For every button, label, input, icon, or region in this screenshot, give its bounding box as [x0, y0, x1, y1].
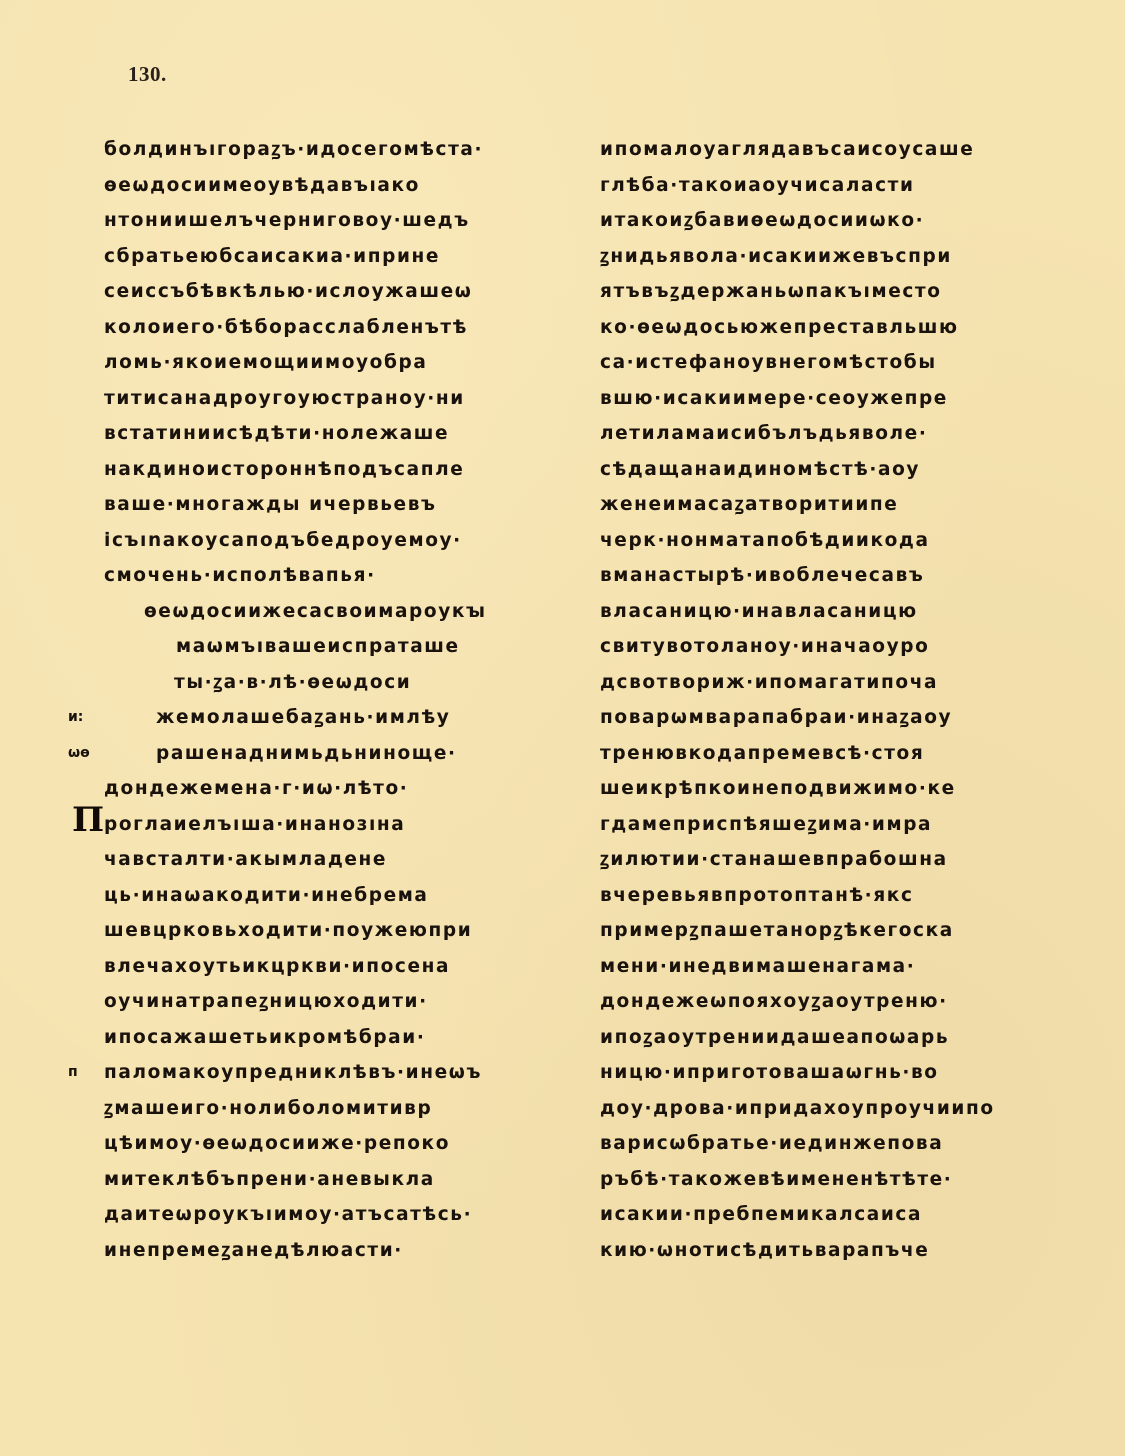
line-text: са·истефаноувнегомѣстобы [600, 352, 937, 373]
manuscript-line: кию·ѡнотисѣдитьварапъче [600, 1233, 1080, 1269]
initial-capital: П [72, 803, 106, 839]
manuscript-line: маѡмъıвашеиспраташе [104, 629, 574, 665]
manuscript-line: ятъвъꙁдержаньѡпакъıместо [600, 274, 1080, 310]
line-text: черк·нонматапобѣдиикода [600, 530, 930, 551]
line-text: сбратьеюбсаисакиа·иприне [104, 246, 440, 267]
line-text: накдиноистороннѣподъсапле [104, 459, 464, 480]
line-text: роглаиелъıша·инанозıна [104, 814, 405, 835]
manuscript-line: ꙁмашеиго·нолиболомитивр [104, 1091, 574, 1127]
manuscript-line: исакии·пребпемикалсаиса [600, 1197, 1080, 1233]
right-column: ипомалоуаглядавъсаисоусашеглѣба·такоиаоу… [600, 132, 1080, 1268]
line-text: ятъвъꙁдержаньѡпакъıместо [600, 281, 942, 302]
line-text: шевцрковьходити·поужеюпри [104, 920, 472, 941]
manuscript-line: ꙁнидьявола·исакиижевъспри [600, 239, 1080, 275]
manuscript-line: поварѡмварапабраи·инаꙁаоу [600, 700, 1080, 736]
manuscript-line: ѳеѡдосиижесасвоимароукꙑ [104, 594, 574, 630]
line-text: инепремеꙁанедѣлюасти· [104, 1240, 403, 1261]
manuscript-line: смочень·исполѣвапья· [104, 558, 574, 594]
line-text: вманастырѣ·ивоблечесавъ [600, 565, 924, 586]
line-text: дондежеѡпояхоуꙁаоутреню· [600, 991, 948, 1012]
manuscript-line: мени·инедвимашенагама· [600, 949, 1080, 985]
manuscript-line: ипосажашетьикромѣбраи· [104, 1020, 574, 1056]
line-text: смочень·исполѣвапья· [104, 565, 376, 586]
line-text: нтониишелъчерниговоу·шедъ [104, 210, 470, 231]
line-text: летиламаисибълъдьяволе· [600, 423, 927, 444]
line-text: рашенаднимьдьниноще· [156, 743, 457, 764]
line-text: даитеѡроукъıимоу·атъсатѣсь· [104, 1204, 472, 1225]
page-number: 130. [128, 62, 167, 87]
manuscript-line: митеклѣбъпрени·аневыкла [104, 1162, 574, 1198]
line-text: цѣимоу·ѳеѡдосииже·репоко [104, 1133, 450, 1154]
line-text: глѣба·такоиаоучисаласти [600, 175, 915, 196]
manuscript-line: сбратьеюбсаисакиа·иприне [104, 239, 574, 275]
manuscript-line: ты·ꙁа·в·лѣ·ѳеѡдоси [104, 665, 574, 701]
line-text: дсвотвориж·ипомагатипоча [600, 672, 938, 693]
line-text: ꙁилютии·станашевпрабошна [600, 849, 948, 870]
line-text: доу·дрова·ипридахоупроучиипо [600, 1098, 995, 1119]
line-text: мени·инедвимашенагама· [600, 956, 915, 977]
manuscript-line: итакоиꙁбавиѳеѡдосииѡко· [600, 203, 1080, 239]
line-text: ницю·иприготовашаѡгнь·во [600, 1062, 939, 1083]
line-text: ѳеѡдосиижесасвоимароукꙑ [144, 601, 487, 622]
manuscript-line: колоиего·бѣборасслабленътѣ [104, 310, 574, 346]
manuscript-line: сеиссъбѣвкѣлью·ислоужашеѡ [104, 274, 574, 310]
manuscript-line: летиламаисибълъдьяволе· [600, 416, 1080, 452]
manuscript-line: накдиноистороннѣподъсапле [104, 452, 574, 488]
line-text: вчеревьявпротоптанѣ·якс [600, 885, 914, 906]
manuscript-line: ѡѳрашенаднимьдьниноще· [104, 736, 574, 772]
line-text: ръбѣ·такожевѣимененѣтѣте· [600, 1169, 952, 1190]
line-text: дондежемена·г·иѡ·лѣто· [104, 778, 408, 799]
line-text: итакоиꙁбавиѳеѡдосииѡко· [600, 210, 924, 231]
manuscript-line: шевцрковьходити·поужеюпри [104, 913, 574, 949]
line-text: болдинъıгораꙁъ·идосегомѣста· [104, 139, 483, 160]
manuscript-line: вшю·исакиимере·сеоужепре [600, 381, 1080, 417]
manuscript-line: вчеревьявпротоптанѣ·якс [600, 878, 1080, 914]
line-text: ко·ѳеѡдосьюжепреставльшю [600, 317, 959, 338]
line-text: влечахоутьикцркви·ипосена [104, 956, 450, 977]
manuscript-line: свитувотоланоу·иначаоуро [600, 629, 1080, 665]
line-text: ломь·якоиемощиимоуобра [104, 352, 427, 373]
line-text: оучинатрапеꙁницюходити· [104, 991, 428, 1012]
manuscript-line: женеимасаꙁатворитиипе [600, 487, 1080, 523]
manuscript-line: вманастырѣ·ивоблечесавъ [600, 558, 1080, 594]
left-column: болдинъıгораꙁъ·идосегомѣста·ѳеѡдосиимеоу… [104, 132, 574, 1268]
margin-note: п [68, 1055, 78, 1091]
line-text: митеклѣбъпрени·аневыкла [104, 1169, 435, 1190]
manuscript-line: встатиниисѣдѣти·нолежаше [104, 416, 574, 452]
manuscript-line: дондежеѡпояхоуꙁаоутреню· [600, 984, 1080, 1020]
line-text: ипомалоуаглядавъсаисоусаше [600, 139, 974, 160]
line-text: шеикрѣпкоинеподвижимо·ке [600, 778, 956, 799]
manuscript-line: болдинъıгораꙁъ·идосегомѣста· [104, 132, 574, 168]
manuscript-line: ппаломакоупредниклѣвъ·инеѡъ [104, 1055, 574, 1091]
margin-note: ѡѳ [68, 736, 90, 772]
manuscript-line: титисанадроугоуюстраноу·ни [104, 381, 574, 417]
line-text: ꙁмашеиго·нолиболомитивр [104, 1098, 432, 1119]
line-text: встатиниисѣдѣти·нолежаше [104, 423, 449, 444]
manuscript-line: цѣимоу·ѳеѡдосииже·репоко [104, 1126, 574, 1162]
line-text: сеиссъбѣвкѣлью·ислоужашеѡ [104, 281, 472, 302]
manuscript-line: са·истефаноувнегомѣстобы [600, 345, 1080, 381]
line-text: исакии·пребпемикалсаиса [600, 1204, 922, 1225]
line-text: жемолашебаꙁань·имлѣу [156, 707, 450, 728]
manuscript-line: дсвотвориж·ипомагатипоча [600, 665, 1080, 701]
manuscript-line: ваше·многажды ичервьевъ [104, 487, 574, 523]
line-text: варисѡбратье·иединжепова [600, 1133, 943, 1154]
line-text: сѣдащанаидиномѣстѣ·аоу [600, 459, 920, 480]
line-text: поварѡмварапабраи·инаꙁаоу [600, 707, 952, 728]
line-text: колоиего·бѣборасслабленътѣ [104, 317, 468, 338]
line-text: чавсталти·акымладене [104, 849, 387, 870]
line-text: ты·ꙁа·в·лѣ·ѳеѡдоси [174, 672, 411, 693]
manuscript-line: сѣдащанаидиномѣстѣ·аоу [600, 452, 1080, 488]
manuscript-line: ипоꙁаоутрениидашеапоѡарь [600, 1020, 1080, 1056]
manuscript-line: ипомалоуаглядавъсаисоусаше [600, 132, 1080, 168]
line-text: паломакоупредниклѣвъ·инеѡъ [104, 1062, 482, 1083]
manuscript-line: ѳеѡдосиимеоувѣдавъıако [104, 168, 574, 204]
manuscript-line: примерꙁпашетанорꙁѣкегоска [600, 913, 1080, 949]
line-text: ваше·многажды ичервьевъ [104, 494, 437, 515]
manuscript-line: гдамеприспѣяшеꙁима·имра [600, 807, 1080, 843]
line-text: вшю·исакиимере·сеоужепре [600, 388, 948, 409]
manuscript-line: черк·нонматапобѣдиикода [600, 523, 1080, 559]
manuscript-line: даитеѡроукъıимоу·атъсатѣсь· [104, 1197, 574, 1233]
line-text: титисанадроугоуюстраноу·ни [104, 388, 465, 409]
manuscript-line: ко·ѳеѡдосьюжепреставльшю [600, 310, 1080, 346]
line-text: ипоꙁаоутрениидашеапоѡарь [600, 1027, 949, 1048]
manuscript-line: доу·дрова·ипридахоупроучиипо [600, 1091, 1080, 1127]
manuscript-line: оучинатрапеꙁницюходити· [104, 984, 574, 1020]
line-text: власаницю·инавласаницю [600, 601, 918, 622]
manuscript-line: глѣба·такоиаоучисаласти [600, 168, 1080, 204]
manuscript-line: ісъınакоусаподъбедроуемоу· [104, 523, 574, 559]
manuscript-line: чавсталти·акымладене [104, 842, 574, 878]
manuscript-line: варисѡбратье·иединжепова [600, 1126, 1080, 1162]
manuscript-line: шеикрѣпкоинеподвижимо·ке [600, 771, 1080, 807]
manuscript-line: нтониишелъчерниговоу·шедъ [104, 203, 574, 239]
manuscript-line: дондежемена·г·иѡ·лѣто· [104, 771, 574, 807]
manuscript-line: ць·инаѡакодити·инебрема [104, 878, 574, 914]
line-text: ісъınакоусаподъбедроуемоу· [104, 530, 462, 551]
line-text: гдамеприспѣяшеꙁима·имра [600, 814, 932, 835]
line-text: ꙁнидьявола·исакиижевъспри [600, 246, 952, 267]
line-text: свитувотоланоу·иначаоуро [600, 636, 929, 657]
manuscript-line: ꙁилютии·станашевпрабошна [600, 842, 1080, 878]
line-text: ць·инаѡакодити·инебрема [104, 885, 429, 906]
manuscript-line: власаницю·инавласаницю [600, 594, 1080, 630]
manuscript-line: Проглаиелъıша·инанозıна [104, 807, 574, 843]
line-text: ѳеѡдосиимеоувѣдавъıако [104, 175, 420, 196]
manuscript-line: ломь·якоиемощиимоуобра [104, 345, 574, 381]
line-text: маѡмъıвашеиспраташе [176, 636, 460, 657]
line-text: тренювкодапремевсѣ·стоя [600, 743, 924, 764]
line-text: кию·ѡнотисѣдитьварапъче [600, 1240, 929, 1261]
manuscript-line: тренювкодапремевсѣ·стоя [600, 736, 1080, 772]
manuscript-line: ръбѣ·такожевѣимененѣтѣте· [600, 1162, 1080, 1198]
margin-note: и: [68, 700, 83, 736]
manuscript-line: и:жемолашебаꙁань·имлѣу [104, 700, 574, 736]
manuscript-line: влечахоутьикцркви·ипосена [104, 949, 574, 985]
manuscript-line: ницю·иприготовашаѡгнь·во [600, 1055, 1080, 1091]
manuscript-line: инепремеꙁанедѣлюасти· [104, 1233, 574, 1269]
line-text: ипосажашетьикромѣбраи· [104, 1027, 425, 1048]
line-text: примерꙁпашетанорꙁѣкегоска [600, 920, 954, 941]
line-text: женеимасаꙁатворитиипе [600, 494, 898, 515]
